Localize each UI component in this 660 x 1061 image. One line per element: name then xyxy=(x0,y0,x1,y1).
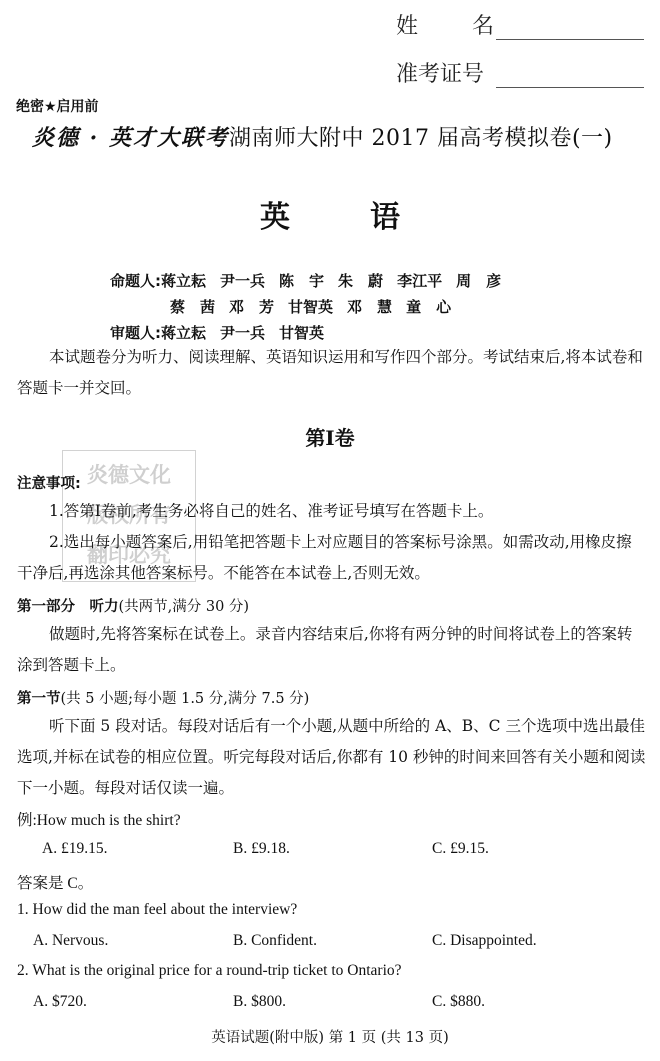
question-1-option-c: C. Disappointed. xyxy=(432,932,537,950)
author-name: 邓 慧 xyxy=(347,296,392,317)
subject-char-2: 语 xyxy=(370,192,400,236)
exam-id-blank-line[interactable] xyxy=(496,63,644,88)
example-question: 例:How much is the shirt? xyxy=(17,808,181,830)
question-2-option-b: B. $800. xyxy=(233,993,286,1011)
volume-title: 第Ⅰ卷 xyxy=(0,422,660,451)
part1-title: 第一部分 听力 xyxy=(17,599,119,615)
author-name: 朱 蔚 xyxy=(338,270,383,291)
exam-id-label: 准考证号 xyxy=(396,62,494,88)
name-label-char-1: 姓 xyxy=(396,14,418,40)
section1-score: (共 5 小题;每小题 1.5 分,满分 7.5 分) xyxy=(61,691,310,707)
reviewers-list: 蒋立耘尹一兵甘智英 xyxy=(161,324,338,342)
page-footer: 英语试题(附中版) 第 1 页 (共 13 页) xyxy=(0,1026,660,1047)
authors-label: 命题人: xyxy=(110,272,161,290)
part1-instruction: 做题时,先将答案标在试卷上。录音内容结束后,你将有两分钟的时间将试卷上的答案转涂… xyxy=(17,619,647,681)
reviewers-row: 审题人:蒋立耘尹一兵甘智英 xyxy=(110,322,338,343)
question-1: 1. How did the man feel about the interv… xyxy=(17,901,297,919)
author-name: 周 彦 xyxy=(456,270,501,291)
authors-row-2: 蔡 茜邓 芳甘智英邓 慧童 心 xyxy=(170,296,465,317)
reviewer-name: 甘智英 xyxy=(279,322,324,343)
subject-title: 英语 xyxy=(0,192,660,236)
section1-title: 第一节 xyxy=(17,691,61,707)
question-2-option-c: C. $880. xyxy=(432,993,485,1011)
intro-paragraph: 本试题卷分为听力、阅读理解、英语知识运用和写作四个部分。考试结束后,将本试卷和答… xyxy=(17,342,647,404)
exam-brand: 炎德 · 英才大联考 xyxy=(32,125,229,151)
notes-item-1: 1.答第Ⅰ卷前,考生务必将自己的姓名、准考证号填写在答题卡上。 xyxy=(17,496,647,527)
notes-item-2: 2.选出每小题答案后,用铅笔把答题卡上对应题目的答案标号涂黑。如需改动,用橡皮擦… xyxy=(17,527,647,589)
example-option-c: C. £9.15. xyxy=(432,840,489,858)
authors-row-1: 命题人:蒋立耘尹一兵陈 宇朱 蔚李江平周 彦 xyxy=(110,270,515,291)
example-answer: 答案是 C。 xyxy=(17,871,93,893)
part1-score: (共两节,满分 30 分) xyxy=(119,599,250,615)
example-option-a: A. £19.15. xyxy=(42,840,107,858)
author-name: 邓 芳 xyxy=(229,296,274,317)
watermark-line: 炎德文化 xyxy=(63,455,195,495)
author-name: 蔡 茜 xyxy=(170,296,215,317)
name-label-char-2: 名 xyxy=(472,14,494,40)
reviewer-name: 尹一兵 xyxy=(220,322,265,343)
exam-title: 炎德 · 英才大联考湖南师大附中 2017 届高考模拟卷(一) xyxy=(32,121,613,152)
author-name: 陈 宇 xyxy=(279,270,324,291)
name-field[interactable]: 姓 名 xyxy=(396,14,644,40)
exam-id-field[interactable]: 准考证号 xyxy=(396,62,644,88)
author-name: 蒋立耘 xyxy=(161,270,206,291)
subject-char-1: 英 xyxy=(260,192,290,236)
example-option-b: B. £9.18. xyxy=(233,840,290,858)
author-name: 李江平 xyxy=(397,270,442,291)
author-name: 尹一兵 xyxy=(220,270,265,291)
section1-heading: 第一节(共 5 小题;每小题 1.5 分,满分 7.5 分) xyxy=(17,687,309,708)
reviewer-name: 蒋立耘 xyxy=(161,322,206,343)
notes-title: 注意事项: xyxy=(17,472,81,493)
question-1-option-b: B. Confident. xyxy=(233,932,317,950)
question-2-option-a: A. $720. xyxy=(33,993,87,1011)
authors-list-1: 蒋立耘尹一兵陈 宇朱 蔚李江平周 彦 xyxy=(161,272,515,290)
confidential-mark: 绝密★启用前 xyxy=(16,96,99,116)
question-1-option-a: A. Nervous. xyxy=(33,932,108,950)
question-2: 2. What is the original price for a roun… xyxy=(17,962,402,980)
exam-title-rest: 湖南师大附中 2017 届高考模拟卷(一) xyxy=(229,126,613,151)
name-blank-line[interactable] xyxy=(496,15,644,40)
part1-heading: 第一部分 听力(共两节,满分 30 分) xyxy=(17,595,249,616)
reviewers-label: 审题人: xyxy=(110,324,161,342)
author-name: 童 心 xyxy=(406,296,451,317)
name-field-label: 姓 名 xyxy=(396,14,494,40)
section1-instruction: 听下面 5 段对话。每段对话后有一个小题,从题中所给的 A、B、C 三个选项中选… xyxy=(17,711,647,804)
author-name: 甘智英 xyxy=(288,296,333,317)
